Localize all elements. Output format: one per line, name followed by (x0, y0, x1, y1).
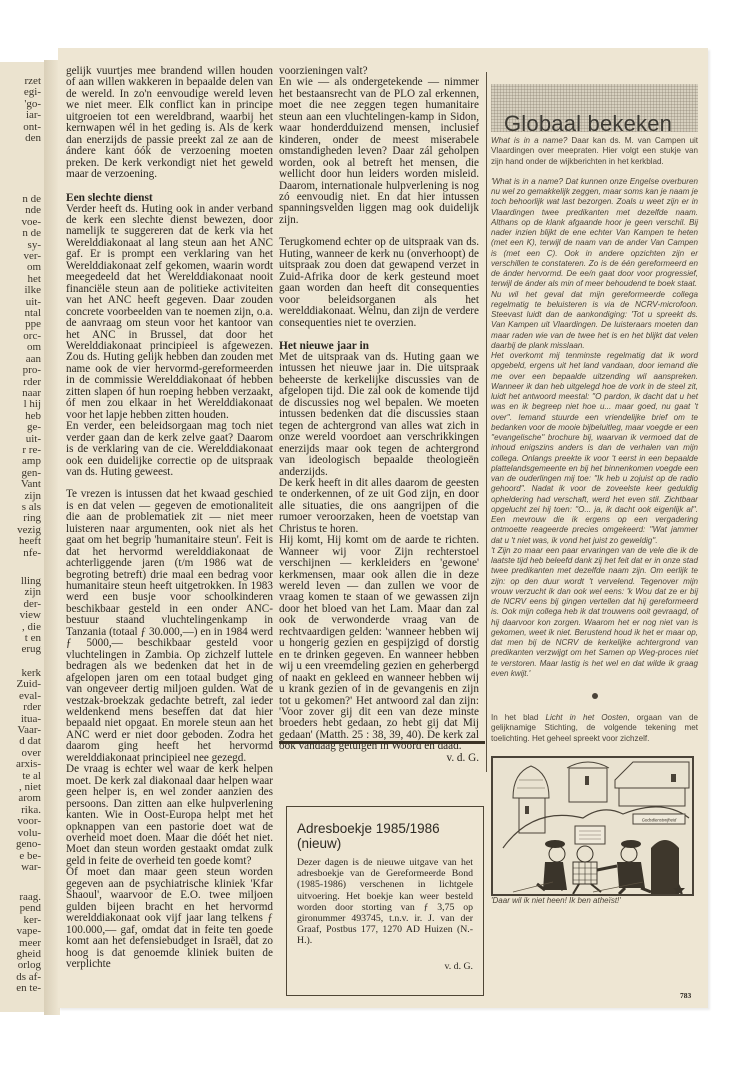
fragment-line: view (20, 610, 41, 621)
fragment-line: iar- (23, 110, 41, 121)
publication-name: Licht in het Oosten (545, 713, 627, 722)
sidebar-column-globaal-bekeken: Globaal bekeken What is in a name? Daar … (491, 84, 698, 906)
previous-page-text-fragment: llingzijnder-view, diet enerug (20, 576, 41, 656)
section-heading: Een slechte dienst (66, 192, 273, 204)
quote-paragraph: 't Zijn zo maar een paar ervaringen van … (491, 546, 698, 679)
second-intro-text: In het blad (491, 713, 545, 722)
previous-page-edge: rzetegi-'go-iar-ont-denn dendevoe-n desy… (0, 62, 46, 1012)
paragraph: De vraag is echter wel waar de kerk help… (66, 764, 273, 867)
fragment-line: vape- (16, 926, 41, 937)
paragraph: Verder heeft ds. Huting ook in ander ver… (66, 204, 273, 422)
fragment-line: heeft (17, 536, 41, 547)
fragment-line: voor- (16, 816, 41, 827)
fragment-line: den (23, 133, 41, 144)
cartoon-illustration-icon: Godsdienstvrijheid (491, 756, 694, 896)
previous-page-text-fragment: kerkZuid-eval-rderitua-Vaar-d datoverarx… (16, 668, 41, 873)
section-title: Globaal bekeken (504, 119, 672, 129)
fragment-line: n de (17, 228, 41, 239)
fragment-line: erug (20, 644, 41, 655)
paragraph: En wie — als ondergetekende — nimmer het… (279, 77, 479, 226)
paragraph: Of moet dan maar geen steun worden gegev… (66, 867, 273, 970)
quote-paragraph: Nu wil het geval dat mijn gereformeerde … (491, 290, 698, 352)
paragraph: De kerk heeft in dit alles daarom de gee… (279, 478, 479, 535)
fragment-line: om (17, 342, 41, 353)
notice-body: Dezer dagen is de nieuwe uitgave van het… (297, 857, 473, 947)
cartoon-caption: 'Daar wil ik niet heen! Ik ben atheïst!' (491, 896, 698, 906)
notice-box-adresboekje: Adresboekje 1985/1986 (nieuw) Dezer dage… (286, 806, 484, 996)
paragraph: gelijk vuurtjes mee brandend willen houd… (66, 66, 273, 181)
article-end-rule (279, 741, 485, 744)
fragment-line: ilke (17, 285, 41, 296)
notice-title: Adresboekje 1985/1986 (nieuw) (297, 821, 473, 851)
notice-signature: v. d. G. (297, 961, 473, 972)
section-banner: Globaal bekeken (491, 84, 698, 132)
column-divider (486, 72, 487, 772)
article-column-1: gelijk vuurtjes mee brandend willen houd… (66, 66, 273, 970)
previous-page-text-fragment: raag.pendker-vape-meergheidorlogds af-en… (16, 892, 41, 995)
second-intro-paragraph: In het blad Licht in het Oosten, orgaan … (491, 713, 698, 744)
fragment-line: ge- (17, 422, 41, 433)
fragment-line: nfe- (17, 548, 41, 559)
article-signature: v. d. G. (279, 753, 479, 764)
section-separator-dot-icon (592, 693, 598, 699)
fragment-line: war- (16, 862, 41, 873)
fragment-line: Vant (17, 479, 41, 490)
article-column-2: voorzieningen valt?En wie — als onderget… (279, 66, 479, 764)
magazine-page: gelijk vuurtjes mee brandend willen houd… (58, 48, 708, 1008)
fragment-line: pro- (17, 365, 41, 376)
fragment-line: rder (16, 702, 41, 713)
fragment-line: geno- (16, 839, 41, 850)
paragraph: En verder, een beleidsorgaan mag toch ni… (66, 421, 273, 478)
intro-italic: What is in a name? (491, 136, 567, 145)
previous-page-text-fragment: n dendevoe-n desy-ver-omhetilkeuit-ntalp… (17, 194, 41, 559)
intro-paragraph: What is in a name? Daar kan ds. M. van C… (491, 136, 698, 167)
paragraph: Terugkomend echter op de uitspraak van d… (279, 237, 479, 329)
paragraph: Hij komt, Hij komt om de aarde te richte… (279, 535, 479, 753)
fragment-line: en te- (16, 983, 41, 994)
page-number: 783 (680, 991, 691, 1000)
paragraph: Met de uitspraak van ds. Huting gaan we … (279, 352, 479, 478)
quote-paragraph: 'What is in a name? Dat kunnen onze Enge… (491, 177, 698, 290)
fragment-line: arxis- (16, 759, 41, 770)
svg-text:Godsdienstvrijheid: Godsdienstvrijheid (642, 817, 677, 822)
fragment-line: l hij (17, 399, 41, 410)
quoted-letter: 'What is in a name? Dat kunnen onze Enge… (491, 177, 698, 679)
quote-paragraph: Het overkomt mij tenminste regelmatig da… (491, 351, 698, 546)
cartoon-drawing: Godsdienstvrijheid (493, 758, 692, 894)
paragraph: Te vrezen is intussen dat het kwaad gesc… (66, 489, 273, 764)
previous-page-text-fragment: rzetegi-'go-iar-ont-den (23, 76, 41, 144)
